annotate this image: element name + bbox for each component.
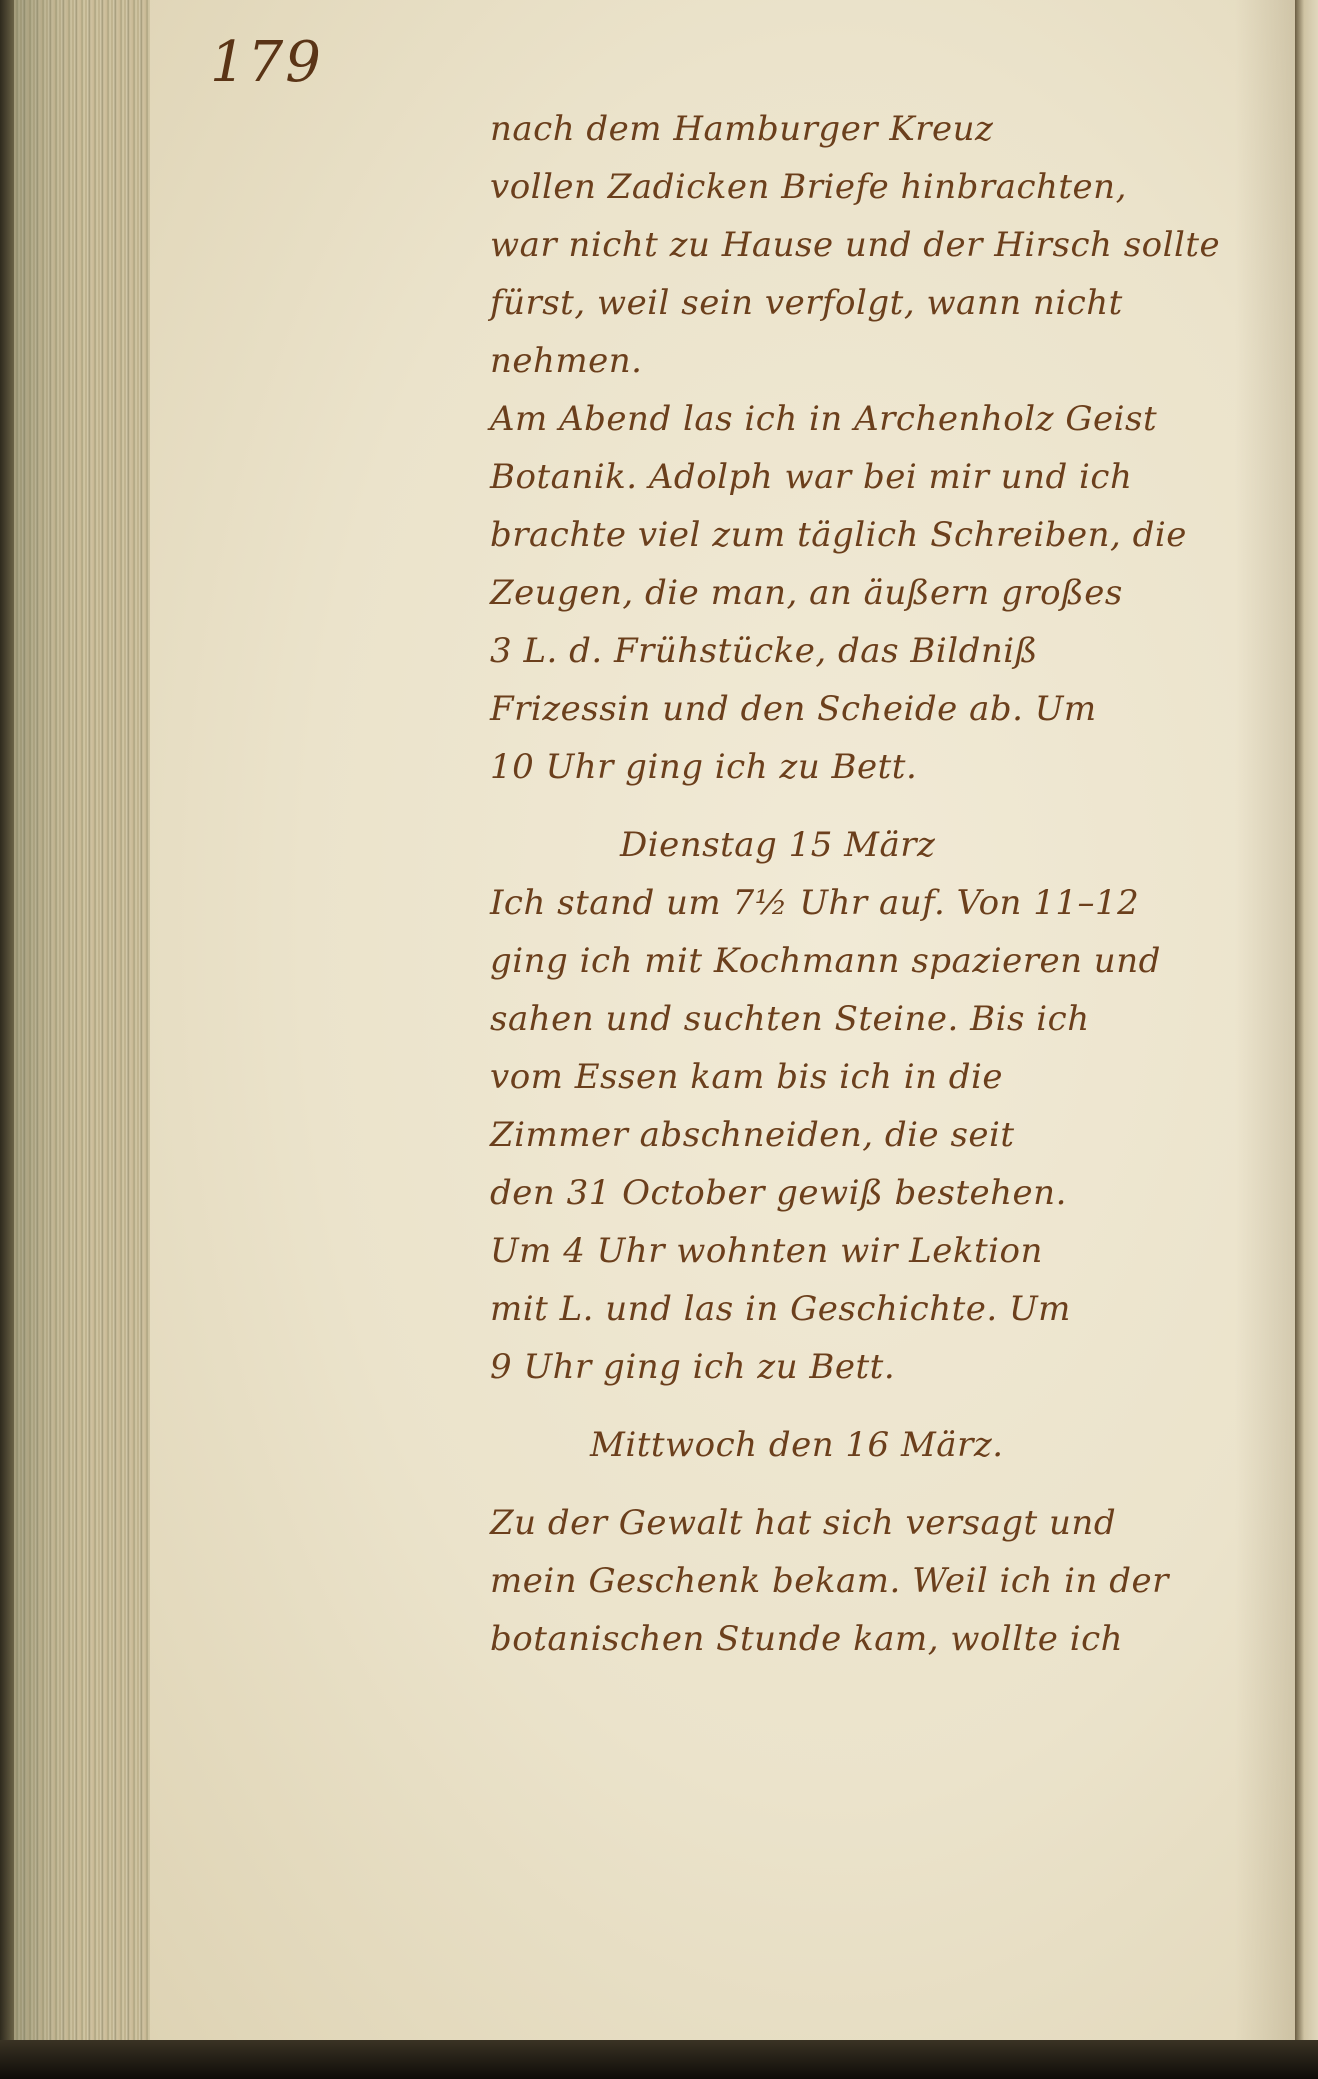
text-line: Zeugen, die man, an äußern großes bbox=[490, 564, 1260, 622]
text-line: 3 L. d. Frühstücke, das Bildniß bbox=[490, 622, 1260, 680]
text-line: sahen und suchten Steine. Bis ich bbox=[490, 990, 1260, 1048]
entry-date-heading: Mittwoch den 16 März. bbox=[490, 1416, 1260, 1474]
text-line: fürst, weil sein verfolgt, wann nicht bbox=[490, 274, 1260, 332]
text-line: Um 4 Uhr wohnten wir Lektion bbox=[490, 1222, 1260, 1280]
book-gutter bbox=[1295, 0, 1318, 2050]
text-line: Am Abend las ich in Archenholz Geist bbox=[490, 390, 1260, 448]
text-line: vollen Zadicken Briefe hinbrachten, bbox=[490, 158, 1260, 216]
bottom-edge-shadow bbox=[0, 2040, 1318, 2079]
text-line: Zimmer abschneiden, die seit bbox=[490, 1106, 1260, 1164]
book-page-edges bbox=[0, 0, 151, 2050]
text-line: nehmen. bbox=[490, 332, 1260, 390]
entry-date-heading: Dienstag 15 März bbox=[490, 816, 1260, 874]
diary-entry-tuesday: Dienstag 15 März Ich stand um 7½ Uhr auf… bbox=[490, 816, 1260, 1396]
text-line: Botanik. Adolph war bei mir und ich bbox=[490, 448, 1260, 506]
handwritten-text-block: nach dem Hamburger Kreuz vollen Zadicken… bbox=[490, 100, 1260, 1668]
text-line: ging ich mit Kochmann spazieren und bbox=[490, 932, 1260, 990]
text-line: war nicht zu Hause und der Hirsch sollte bbox=[490, 216, 1260, 274]
text-line: botanischen Stunde kam, wollte ich bbox=[490, 1610, 1260, 1668]
text-line: Ich stand um 7½ Uhr auf. Von 11–12 bbox=[490, 874, 1260, 932]
text-line: nach dem Hamburger Kreuz bbox=[490, 100, 1260, 158]
text-line: 10 Uhr ging ich zu Bett. bbox=[490, 738, 1260, 796]
text-line: den 31 October gewiß bestehen. bbox=[490, 1164, 1260, 1222]
text-line: Zu der Gewalt hat sich versagt und bbox=[490, 1494, 1260, 1552]
text-line: 9 Uhr ging ich zu Bett. bbox=[490, 1338, 1260, 1396]
text-line: Frizessin und den Scheide ab. Um bbox=[490, 680, 1260, 738]
diary-entry-continued: nach dem Hamburger Kreuz vollen Zadicken… bbox=[490, 100, 1260, 796]
book-scan: 179 nach dem Hamburger Kreuz vollen Zadi… bbox=[0, 0, 1318, 2079]
text-line: mein Geschenk bekam. Weil ich in der bbox=[490, 1552, 1260, 1610]
diary-entry-wednesday: Mittwoch den 16 März. Zu der Gewalt hat … bbox=[490, 1416, 1260, 1668]
text-line: mit L. und las in Geschichte. Um bbox=[490, 1280, 1260, 1338]
text-line: brachte viel zum täglich Schreiben, die bbox=[490, 506, 1260, 564]
text-line: vom Essen kam bis ich in die bbox=[490, 1048, 1260, 1106]
page-number: 179 bbox=[210, 30, 323, 95]
